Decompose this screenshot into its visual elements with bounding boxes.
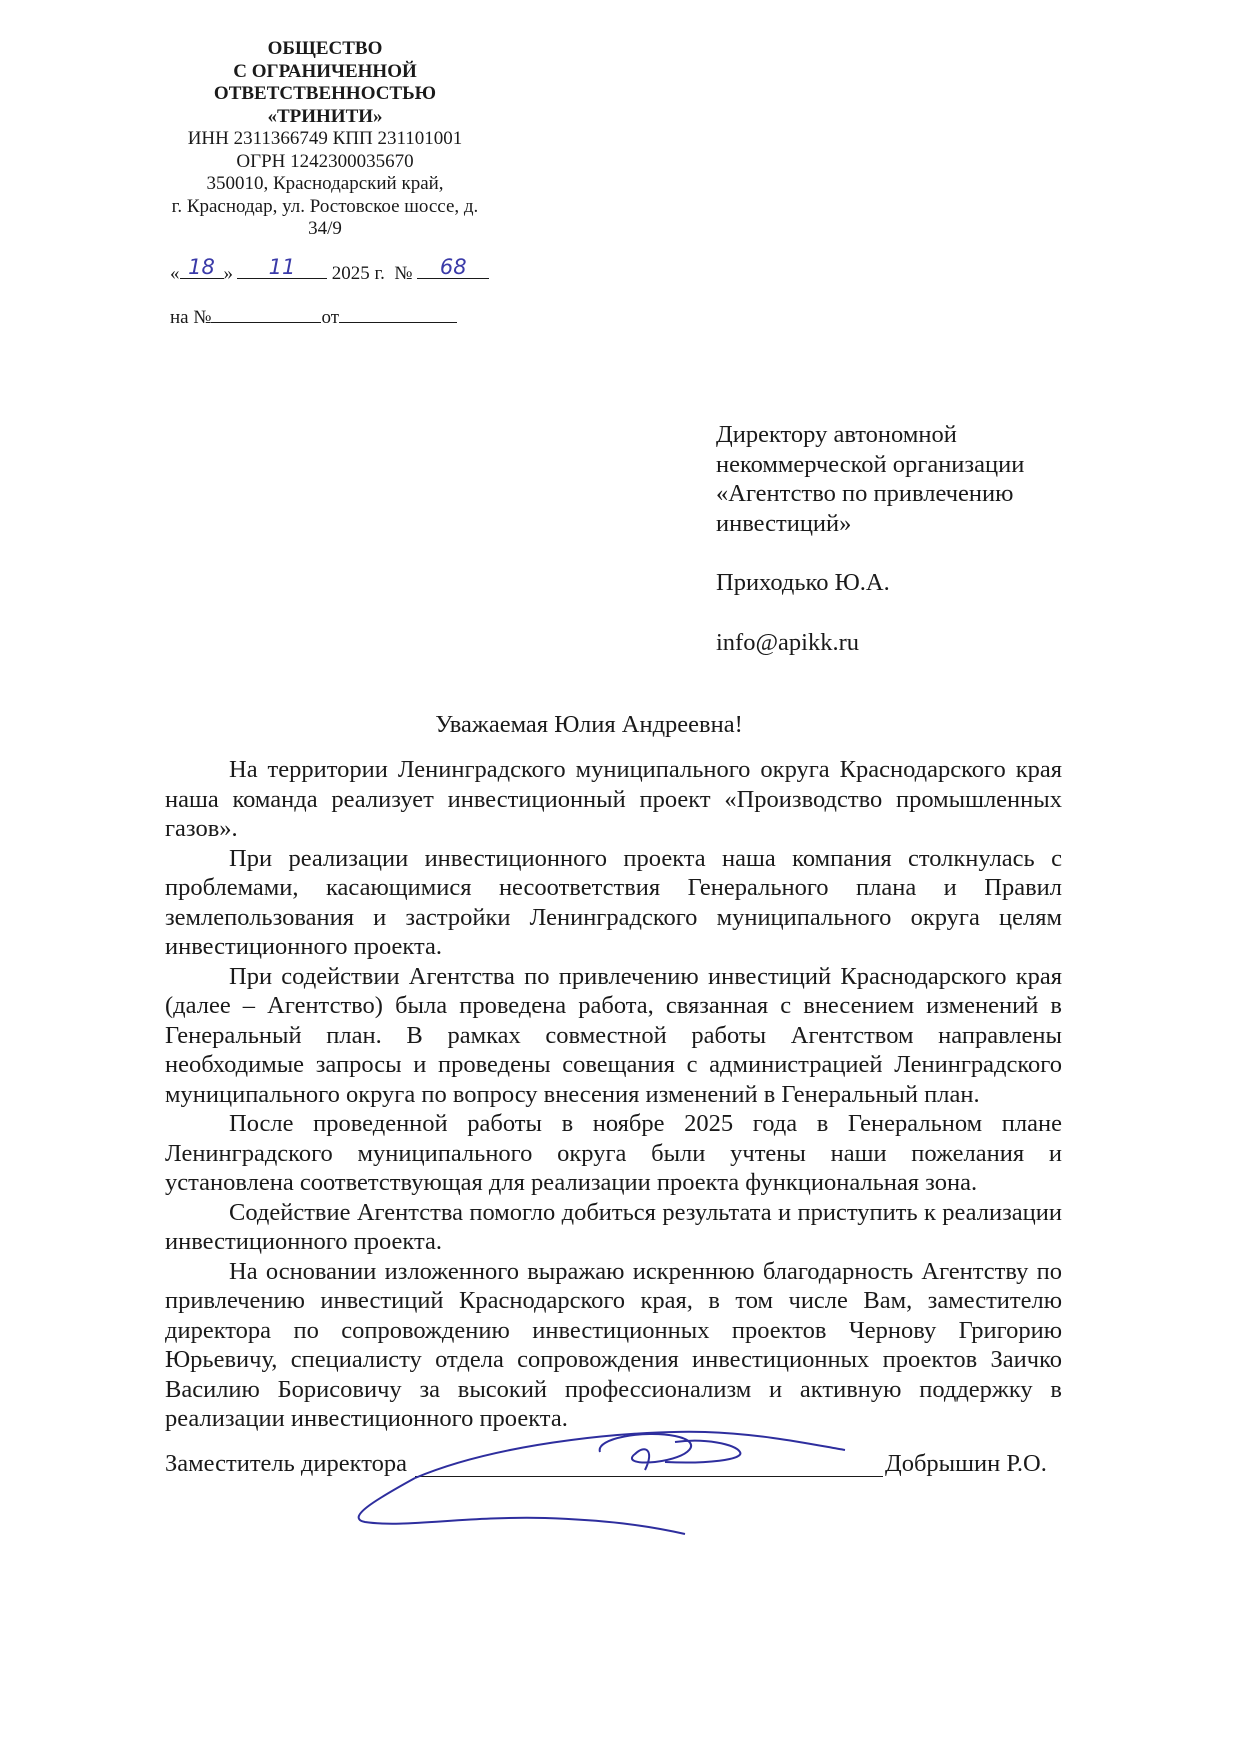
signatory-name: Добрышин Р.О.	[885, 1450, 1047, 1478]
addressee-name: Приходько Ю.А.	[716, 568, 1096, 598]
handwritten-day: 18	[180, 255, 224, 279]
body-paragraph-1: На территории Ленинградского муниципальн…	[165, 755, 1062, 844]
open-quote: «	[170, 263, 180, 284]
salutation-text: Уважаемая Юлия Андреевна!	[435, 711, 743, 738]
addressee-line-3: «Агентство по привлечению	[716, 479, 1096, 509]
number-label: №	[394, 263, 412, 284]
body-paragraph-5: Содействие Агентства помогло добиться ре…	[165, 1198, 1062, 1257]
body-paragraph-2: При реализации инвестиционного проекта н…	[165, 844, 1062, 962]
letterhead: ОБЩЕСТВО С ОГРАНИЧЕННОЙ ОТВЕТСТВЕННОСТЬЮ…	[160, 38, 490, 241]
reference-line: на №от	[170, 302, 457, 329]
reference-number-label: на №	[170, 307, 211, 328]
salutation: Уважаемая Юлия Андреевна!	[0, 711, 1240, 739]
body-paragraph-6: На основании изложенного выражаю искренн…	[165, 1257, 1062, 1434]
org-form-line-3: ОТВЕТСТВЕННОСТЬЮ	[160, 83, 490, 106]
handwritten-number: 68	[417, 255, 489, 279]
body-paragraph-3: При содействии Агентства по привлечению …	[165, 962, 1062, 1110]
close-quote: »	[224, 263, 234, 284]
outgoing-date-number: «18»11 2025 г. № 68	[170, 258, 489, 285]
addressee-line-2: некоммерческой организации	[716, 450, 1096, 480]
addressee-block: Директору автономной некоммерческой орга…	[716, 420, 1096, 657]
reference-date-field	[339, 302, 457, 323]
year-text: 2025 г.	[332, 263, 385, 284]
reference-date-label: от	[321, 307, 339, 328]
ogrn: ОГРН 1242300035670	[160, 151, 490, 174]
body-paragraph-4: После проведенной работы в ноябре 2025 г…	[165, 1109, 1062, 1198]
handwritten-month: 11	[237, 255, 327, 279]
handwritten-signature-icon	[345, 1430, 905, 1540]
address-line-2: г. Краснодар, ул. Ростовское шоссе, д.	[160, 196, 490, 219]
addressee-line-4: инвестиций»	[716, 509, 1096, 539]
number-field: 68	[417, 258, 489, 279]
month-field: 11	[237, 258, 327, 279]
address-line-1: 350010, Краснодарский край,	[160, 173, 490, 196]
org-name: «ТРИНИТИ»	[160, 106, 490, 129]
reference-number-field	[211, 302, 321, 323]
addressee-email: info@apikk.ru	[716, 628, 1096, 658]
address-line-3: 34/9	[160, 218, 490, 241]
inn-kpp: ИНН 2311366749 КПП 231101001	[160, 128, 490, 151]
addressee-line-1: Директору автономной	[716, 420, 1096, 450]
signature-block: Заместитель директора Добрышин Р.О.	[165, 1450, 1065, 1540]
org-form-line-1: ОБЩЕСТВО	[160, 38, 490, 61]
org-form-line-2: С ОГРАНИЧЕННОЙ	[160, 61, 490, 84]
letter-body: На территории Ленинградского муниципальн…	[165, 755, 1062, 1434]
day-field: 18	[180, 258, 224, 279]
